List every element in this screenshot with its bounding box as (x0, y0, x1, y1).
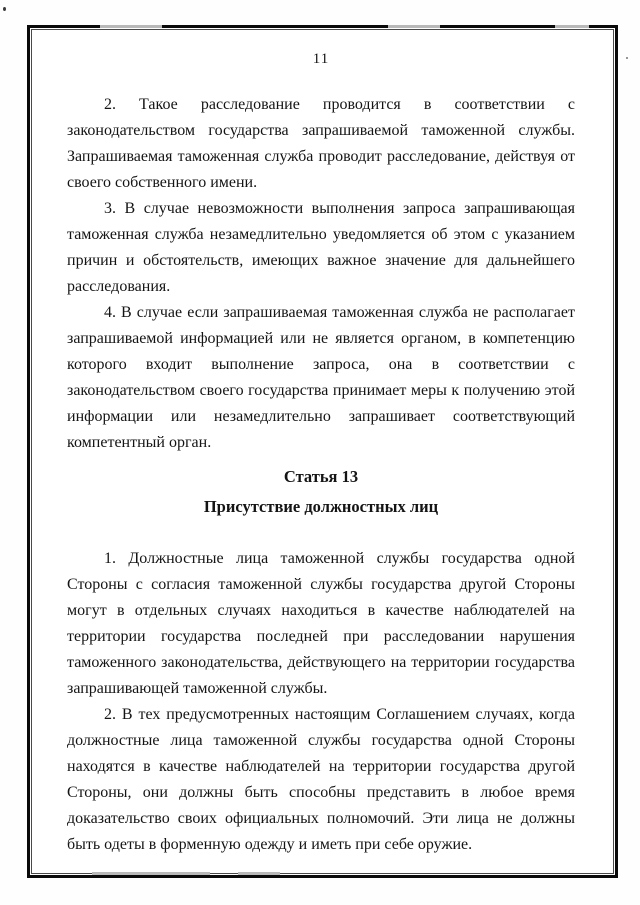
article-13-subtitle: Присутствие должностных лиц (67, 492, 575, 522)
paragraph-article12-item2: 2. Такое расследование проводится в соот… (67, 92, 575, 196)
border-scan-fade (92, 872, 210, 875)
paragraph-article12-item4: 4. В случае если запрашиваемая таможенна… (67, 300, 575, 456)
border-scan-fade (100, 25, 162, 28)
paragraph-article12-item3: 3. В случае невозможности выполнения зап… (67, 196, 575, 300)
document-body: 2. Такое расследование проводится в соот… (67, 92, 575, 858)
border-scan-fade (238, 872, 280, 875)
scanned-document-page: 11 2. Такое расследование проводится в с… (0, 0, 640, 905)
page-content: 11 2. Такое расследование проводится в с… (67, 28, 575, 875)
scan-speck-icon (3, 7, 6, 11)
paragraph-article13-item2: 2. В тех предусмотренных настоящим Согла… (67, 702, 575, 858)
page-border-frame: 11 2. Такое расследование проводится в с… (27, 25, 618, 878)
page-number: 11 (67, 51, 575, 68)
paragraph-article13-item1: 1. Должностные лица таможенной службы го… (67, 546, 575, 702)
border-scan-fade (555, 25, 589, 28)
border-scan-fade (388, 25, 440, 28)
scan-speck-icon (626, 57, 628, 59)
article-13-title: Статья 13 (67, 462, 575, 492)
